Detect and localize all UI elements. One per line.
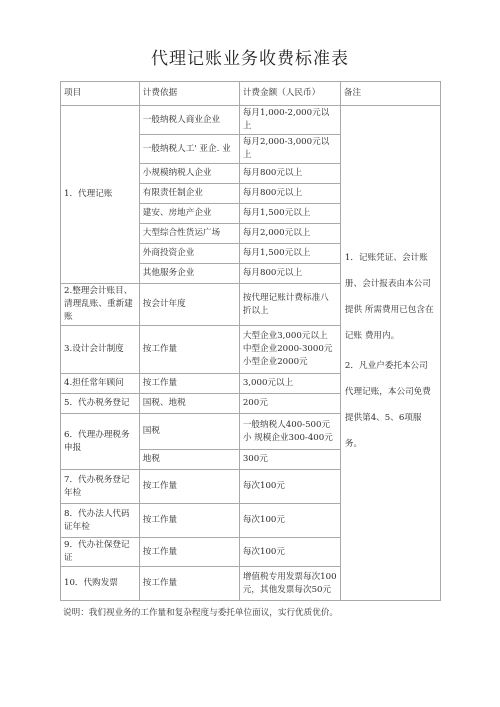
basis-cell: 按工作量 <box>139 567 239 601</box>
item-cell: 3.设计会计制度 <box>61 326 140 374</box>
fee-cell: 每月1,500元以上 <box>239 244 340 264</box>
basis-cell: 国税、地税 <box>139 394 239 414</box>
basis-cell: 地税 <box>139 450 239 470</box>
item-cell: 5．代办税务登记 <box>61 394 140 414</box>
fee-cell: 每月1,500元以上 <box>239 204 340 224</box>
fee-cell: 每月800元以上 <box>239 184 340 204</box>
basis-cell: 按工作量 <box>139 326 239 374</box>
fee-cell: 每月2,000元以上 <box>239 224 340 244</box>
item-cell: 1．代理记账 <box>61 106 140 284</box>
header-fee: 计费金额（人民币） <box>239 82 340 106</box>
fee-cell: 每次100元 <box>239 538 340 567</box>
basis-cell: 小规模纳税人企业 <box>139 164 239 184</box>
item-cell: 2.整理会计账目、 清理乱账、重新建账 <box>61 284 140 326</box>
page-title: 代理记账业务收费标准表 <box>0 44 500 69</box>
item-cell: 9．代办社保登记证 <box>61 538 140 567</box>
basis-cell: 其他服务企业 <box>139 264 239 284</box>
basis-cell: 一般纳税人商业企业 <box>139 106 239 135</box>
fee-cell: 200元 <box>239 394 340 414</box>
basis-cell: 外商投资企业 <box>139 244 239 264</box>
basis-cell: 按工作量 <box>139 374 239 394</box>
basis-cell: 建安、房地产企业 <box>139 204 239 224</box>
fee-cell: 每月2,000-3,000元以上 <box>239 135 340 164</box>
fee-cell: 大型企业3,000元以上 中型企业2000-3000元 小型企业2000元 <box>239 326 340 374</box>
header-item: 项目 <box>61 82 140 106</box>
basis-cell: 按会计年度 <box>139 284 239 326</box>
basis-cell: 国税 <box>139 414 239 450</box>
fee-cell: 300元 <box>239 450 340 470</box>
table-header-row: 项目 计费依据 计费金额（人民币） 备注 <box>61 82 441 106</box>
item-cell: 10．代购发票 <box>61 567 140 601</box>
basis-cell: 大型综合性货运广场 <box>139 224 239 244</box>
item-cell: 7．代办税务登记年检 <box>61 470 140 504</box>
basis-cell: 一般纳税人工' 亚企. 业 <box>139 135 239 164</box>
basis-cell: 有限责任制企业 <box>139 184 239 204</box>
item-cell: 6．代理办理税务申报 <box>61 414 140 470</box>
remark-1: 1．记账凭证、会计账册、会计报表由本公司提供 所需费用已包含在记账 费用内。 <box>345 245 436 349</box>
item-cell: 4.担任常年顾问 <box>61 374 140 394</box>
basis-cell: 按工作量 <box>139 470 239 504</box>
fee-cell: 每月1,000-2,000元以上 <box>239 106 340 135</box>
fee-cell: 增值税专用发票每次100元，其他发票每次50元 <box>239 567 340 601</box>
fee-cell: 每次100元 <box>239 504 340 538</box>
fee-cell: 一般纳税人400-500元小 规模企业300-400元 <box>239 414 340 450</box>
fee-cell: 3,000元以上 <box>239 374 340 394</box>
header-basis: 计费依据 <box>139 82 239 106</box>
basis-cell: 按工作量 <box>139 504 239 538</box>
fee-cell: 每月800元以上 <box>239 164 340 184</box>
fee-cell: 按代理记账计费标准八 折以上 <box>239 284 340 326</box>
fee-table: 项目 计费依据 计费金额（人民币） 备注 1．代理记账 一般纳税人商业企业 每月… <box>60 81 441 601</box>
fee-cell: 每次100元 <box>239 470 340 504</box>
footnote: 说明：我们视业务的工作量和复杂程度与委托单位面议，实行优质优价。 <box>63 606 338 618</box>
remarks-cell: 1．记账凭证、会计账册、会计报表由本公司提供 所需费用已包含在记账 费用内。 2… <box>340 106 440 601</box>
fee-cell: 每月800元以上 <box>239 264 340 284</box>
basis-cell: 按工作量 <box>139 538 239 567</box>
item-cell: 8．代办法人代码证年检 <box>61 504 140 538</box>
remark-2: 2．凡业户委托本公司代理记账，本公司免费提供第4、5、6项服务。 <box>345 353 436 457</box>
header-remarks: 备注 <box>340 82 440 106</box>
table-row: 1．代理记账 一般纳税人商业企业 每月1,000-2,000元以上 1．记账凭证… <box>61 106 441 135</box>
